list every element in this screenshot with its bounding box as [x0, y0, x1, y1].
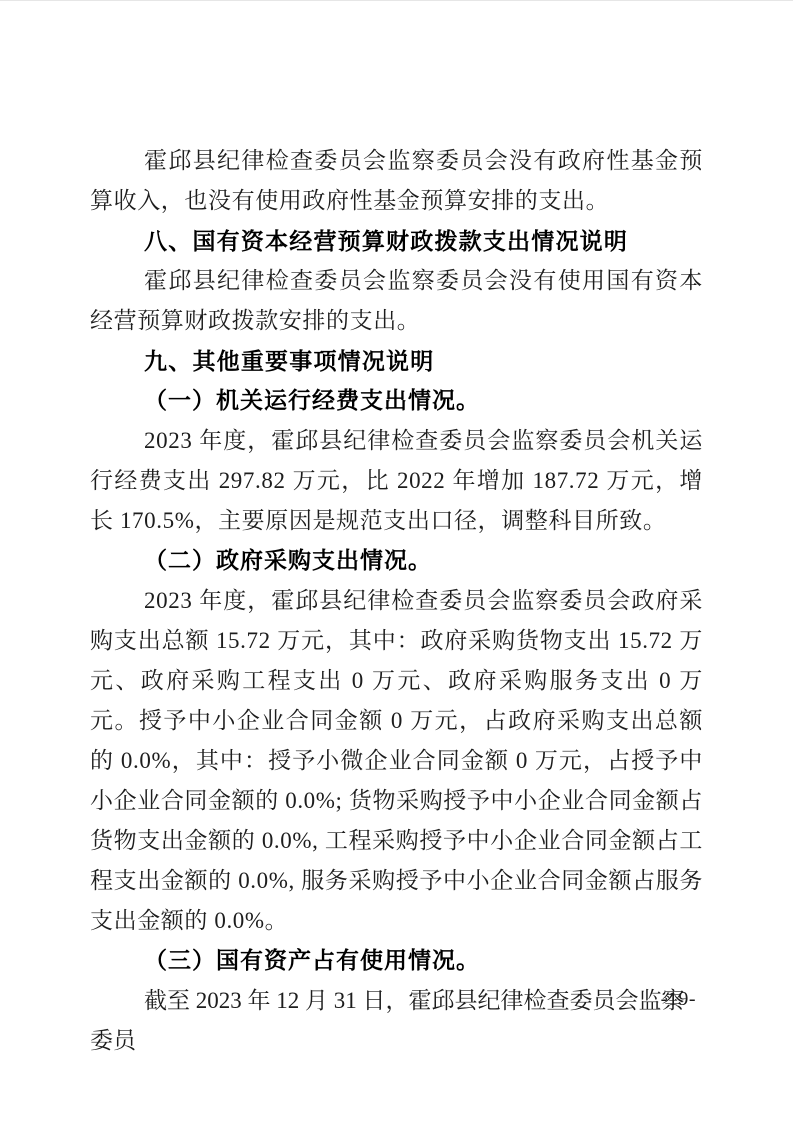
heading-section-9: 九、其他重要事项情况说明 [90, 341, 703, 381]
para-operating-expenses: 2023 年度，霍邱县纪律检查委员会监察委员会机关运行经费支出 297.82 万… [90, 421, 703, 541]
subheading-2-government-procurement: （二）政府采购支出情况。 [90, 541, 703, 581]
page-number: -19- [661, 987, 696, 1011]
para-state-assets: 截至 2023 年 12 月 31 日，霍邱县纪律检查委员会监察委员 [90, 981, 703, 1061]
subheading-1-operating-expenses: （一）机关运行经费支出情况。 [90, 381, 703, 421]
page-top-edge [0, 0, 793, 1]
para-government-procurement: 2023 年度，霍邱县纪律检查委员会监察委员会政府采购支出总额 15.72 万元… [90, 581, 703, 941]
document-content: 霍邱县纪律检查委员会监察委员会没有政府性基金预算收入，也没有使用政府性基金预算安… [90, 141, 703, 1061]
subheading-3-state-assets: （三）国有资产占有使用情况。 [90, 941, 703, 981]
document-page: 霍邱县纪律检查委员会监察委员会没有政府性基金预算收入，也没有使用政府性基金预算安… [0, 0, 793, 1122]
heading-section-8: 八、国有资本经营预算财政拨款支出情况说明 [90, 221, 703, 261]
para-gov-fund-budget: 霍邱县纪律检查委员会监察委员会没有政府性基金预算收入，也没有使用政府性基金预算安… [90, 141, 703, 221]
para-state-capital-budget: 霍邱县纪律检查委员会监察委员会没有使用国有资本经营预算财政拨款安排的支出。 [90, 261, 703, 341]
